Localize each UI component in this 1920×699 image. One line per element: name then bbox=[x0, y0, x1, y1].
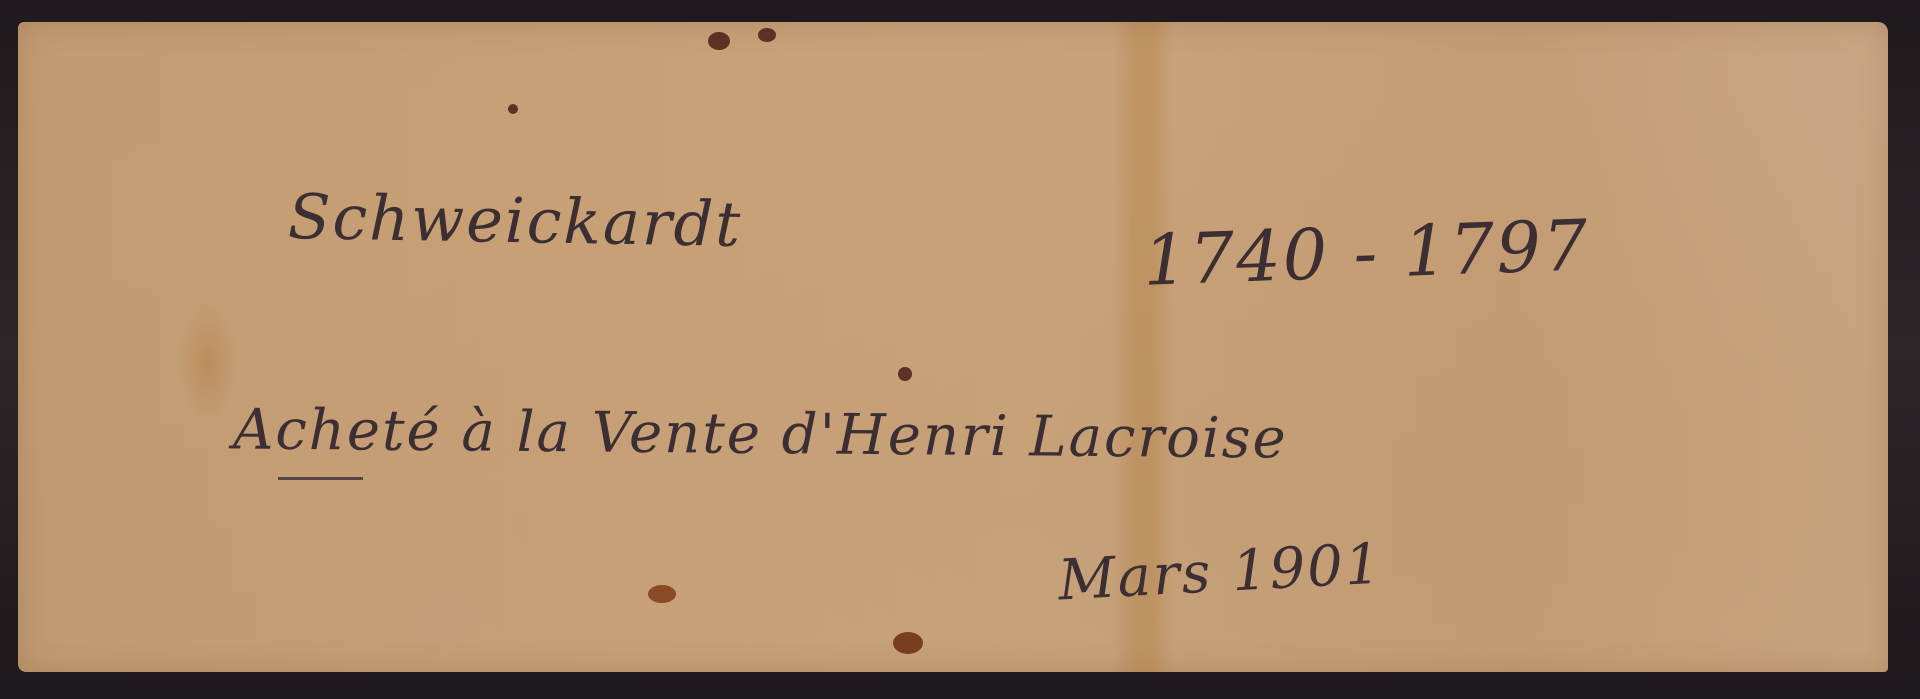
ink-spot bbox=[648, 585, 676, 603]
underline-mark bbox=[278, 477, 363, 480]
ink-spot bbox=[893, 632, 923, 654]
ink-spot bbox=[758, 28, 776, 42]
ink-spot bbox=[898, 367, 912, 381]
ink-spot bbox=[508, 104, 518, 114]
artist-dates: 1740 - 1797 bbox=[1142, 204, 1591, 302]
artist-name: Schweickardt bbox=[287, 180, 742, 261]
acquisition-date: Mars 1901 bbox=[1057, 532, 1385, 614]
left-water-stain bbox=[178, 302, 238, 422]
paper-label: Schweickardt 1740 - 1797 Acheté à la Ven… bbox=[18, 22, 1888, 672]
provenance-line: Acheté à la Vente d'Henri Lacroise bbox=[233, 397, 1288, 471]
ink-spot bbox=[708, 32, 730, 50]
